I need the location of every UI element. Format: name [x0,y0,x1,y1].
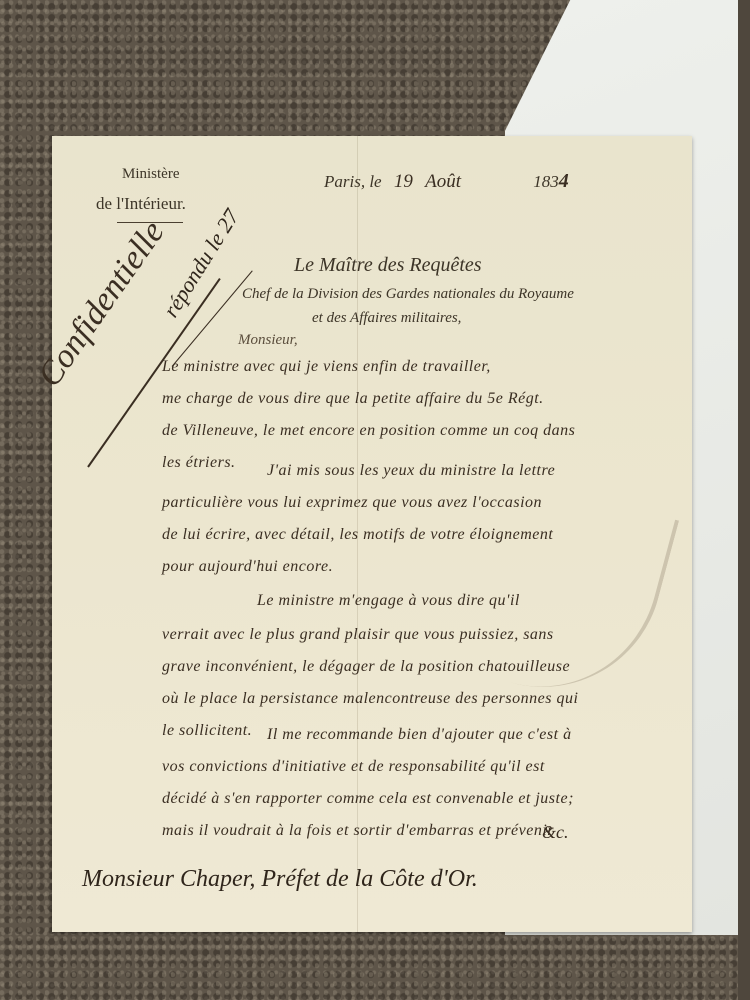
letter-sheet: Ministère de l'Intérieur. Paris, le 19 A… [52,136,692,932]
date-place: Paris, le [324,172,382,191]
body-line: me charge de vous dire que la petite aff… [162,390,544,408]
date-year-hand: 4 [559,170,569,192]
body-line: pour aujourd'hui encore. [162,558,333,576]
body-line: vos convictions d'initiative et de respo… [162,758,545,776]
date-year-printed: 183 [533,172,559,191]
margin-note-confidential: Confidentielle [31,214,173,394]
body-line: les étriers. [162,454,236,472]
body-line: de lui écrire, avec détail, les motifs d… [162,526,553,544]
body-line: verrait avec le plus grand plaisir que v… [162,626,554,644]
body-line: Il me recommande bien d'ajouter que c'es… [267,726,572,744]
ministry-line2: de l'Intérieur. [96,194,186,214]
ministry-line1: Ministère [122,166,180,183]
letterhead-subtitle-2: et des Affaires militaires, [312,310,461,327]
body-line: décidé à s'en rapporter comme cela est c… [162,790,574,808]
body-line: le sollicitent. [162,722,252,740]
body-line: Le ministre m'engage à vous dire qu'il [257,592,520,610]
date-day: 19 [394,171,413,192]
body-line: J'ai mis sous les yeux du ministre la le… [267,462,555,480]
body-line: de Villeneuve, le met encore en position… [162,422,575,440]
carpet-edge [738,0,750,1000]
body-line: où le place la persistance malencontreus… [162,690,578,708]
body-line: grave inconvénient, le dégager de la pos… [162,658,570,676]
salutation: Monsieur, [238,332,298,349]
letterhead-subtitle-1: Chef de la Division des Gardes nationale… [242,286,574,303]
body-line: Le ministre avec qui je viens enfin de t… [162,358,491,376]
addressee: Monsieur Chaper, Préfet de la Côte d'Or. [82,866,478,893]
dateline: Paris, le 19 Août 1834 [324,170,569,193]
date-month: Août [425,171,461,192]
closing: &c. [542,822,569,843]
letterhead-title: Le Maître des Requêtes [294,254,482,277]
body-line: particulière vous lui exprimez que vous … [162,494,542,512]
body-line: mais il voudrait à la fois et sortir d'e… [162,822,554,840]
